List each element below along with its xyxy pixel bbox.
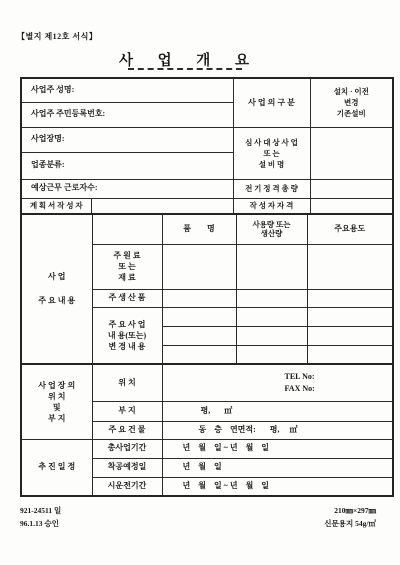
header-usage-line2: 생산량 xyxy=(237,229,307,239)
main-business-content-label: 주 요 사 업 내 용(또는) 변 경 내 용 xyxy=(92,307,162,364)
side-label-gap xyxy=(22,282,92,296)
field-owner-regno: 사업주 주민등록번호: xyxy=(21,102,233,127)
electric-capacity-value-cell xyxy=(310,179,393,198)
main-content-row2-col3 xyxy=(307,326,393,345)
header-main-use: 주요용도 xyxy=(307,214,393,244)
main-building-value-cell: 동 층 연면적: 평, ㎡ xyxy=(162,421,393,439)
main-content-row3-col2 xyxy=(236,345,307,364)
division-option-change: 변경 xyxy=(311,97,393,108)
form-number-tag: 【별지 제12호 서식】 xyxy=(17,31,97,42)
business-division-label: 사 업 의 구 분 xyxy=(233,78,310,127)
main-content-row1-col2 xyxy=(236,307,307,326)
product-use-cell xyxy=(307,289,393,307)
side-label-business-content: 사 업 주 요 내 용 xyxy=(21,214,92,364)
footer-approval-info: 921-24511 일 96.1.13 승인 xyxy=(20,504,61,530)
location-label: 위 치 xyxy=(92,364,162,401)
trial-run-label: 시운전기간 xyxy=(92,477,162,496)
construction-start-value-cell: 년 월 일 xyxy=(162,458,393,477)
material-usage-cell xyxy=(236,244,307,289)
product-usage-cell xyxy=(236,289,307,307)
plan-writer-value-cell xyxy=(91,198,233,214)
main-content-row1-col3 xyxy=(307,307,393,326)
division-option-install: 설치 · 이전 xyxy=(311,86,393,97)
header-product-name: 품 명 xyxy=(162,214,236,244)
raw-material-line1: 주 원 료 xyxy=(93,250,162,261)
review-target-value-cell xyxy=(310,127,393,179)
main-building-label: 주 요 건 물 xyxy=(92,421,162,439)
side-label-location-site: 사 업 장 의 위 치 및 부 지 xyxy=(21,364,92,439)
tel-number-label: TEL No: xyxy=(285,371,393,383)
material-product-cell xyxy=(162,244,236,289)
business-content-table: 사 업 주 요 내 용 품 명 사용량 또는 생산량 주요용도 주 원 료 또 … xyxy=(20,213,394,365)
main-content-line2: 내 용(또는) xyxy=(93,330,162,341)
writer-qualification-value-cell xyxy=(310,198,393,214)
product-name-cell xyxy=(162,289,236,307)
fax-number-label: FAX No: xyxy=(285,383,393,395)
review-target-line3: 설 비 명 xyxy=(234,159,310,170)
review-target-line2: 또 는 xyxy=(234,148,310,159)
field-workplace-name: 사업장명: xyxy=(21,127,233,152)
location-value-cell: TEL No: FAX No: xyxy=(162,364,393,401)
location-side-line3: 및 xyxy=(22,402,92,413)
raw-material-label: 주 원 료 또 는 재 료 xyxy=(92,244,162,289)
side-label-main-content: 주 요 내 용 xyxy=(22,296,92,306)
main-content-row3-col3 xyxy=(307,345,393,364)
raw-material-line3: 재 료 xyxy=(93,272,162,283)
location-schedule-table: 사 업 장 의 위 치 및 부 지 위 치 TEL No: FAX No: 부 … xyxy=(20,363,394,497)
title-underline xyxy=(128,68,242,70)
header-usage-line1: 사용량 또는 xyxy=(237,220,307,230)
header-empty-cell xyxy=(92,214,162,244)
total-period-value-cell: 년 월 일 ~ 년 월 일 xyxy=(162,439,393,458)
main-content-line1: 주 요 사 업 xyxy=(93,319,162,330)
field-owner-name: 사업주 성명: xyxy=(21,78,233,102)
business-division-options: 설치 · 이전 변경 기존설비 xyxy=(310,78,393,127)
info-table: 사업주 성명: 사 업 의 구 분 설치 · 이전 변경 기존설비 사업주 주민… xyxy=(20,77,394,215)
plan-writer-label: 계 획 서 작 성 자 xyxy=(21,198,91,214)
review-target-line1: 심 사 대 상 사 업 xyxy=(234,137,310,148)
page-title: 사 업 개 요 xyxy=(70,49,300,70)
footer-paper-info: 210㎜×297㎜ 신문용지 54g/㎡ xyxy=(324,504,376,530)
main-content-row3-col1 xyxy=(162,345,236,364)
main-product-label: 주 생 산 품 xyxy=(92,289,162,307)
division-option-existing: 기존설비 xyxy=(311,108,393,119)
main-content-row2-col2 xyxy=(236,326,307,345)
side-label-schedule: 추 진 일 정 xyxy=(21,439,92,496)
site-value-cell: 평, ㎡ xyxy=(162,401,393,421)
field-industry: 업종분류: xyxy=(21,152,233,179)
paper-size: 210㎜×297㎜ xyxy=(324,504,376,517)
main-content-line3: 변 경 내 용 xyxy=(93,341,162,352)
writer-qualification-label: 작 성 자 자 격 xyxy=(233,198,310,214)
side-label-business: 사 업 xyxy=(22,272,92,282)
location-side-line1: 사 업 장 의 xyxy=(22,380,92,391)
location-side-line2: 위 치 xyxy=(22,391,92,402)
approval-date: 96.1.13 승인 xyxy=(20,517,61,530)
field-workers: 예상근무 근로자수: xyxy=(21,179,233,198)
raw-material-line2: 또 는 xyxy=(93,261,162,272)
form-page: 【별지 제12호 서식】 사 업 개 요 사업주 성명: 사 업 의 구 분 설… xyxy=(0,0,400,565)
paper-type: 신문용지 54g/㎡ xyxy=(324,517,376,530)
location-side-line4: 부 지 xyxy=(22,413,92,424)
total-period-label: 총사업기간 xyxy=(92,439,162,458)
trial-run-value-cell: 년 월 일 ~ 년 월 일 xyxy=(162,477,393,496)
main-content-row1-col1 xyxy=(162,307,236,326)
material-use-cell xyxy=(307,244,393,289)
header-usage-or-production: 사용량 또는 생산량 xyxy=(236,214,307,244)
main-content-row2-col1 xyxy=(162,326,236,345)
site-label: 부 지 xyxy=(92,401,162,421)
approval-number: 921-24511 일 xyxy=(20,504,61,517)
review-target-label: 심 사 대 상 사 업 또 는 설 비 명 xyxy=(233,127,310,179)
electric-capacity-label: 전 기 정 격 총 량 xyxy=(233,179,310,198)
construction-start-label: 착공예정일 xyxy=(92,458,162,477)
